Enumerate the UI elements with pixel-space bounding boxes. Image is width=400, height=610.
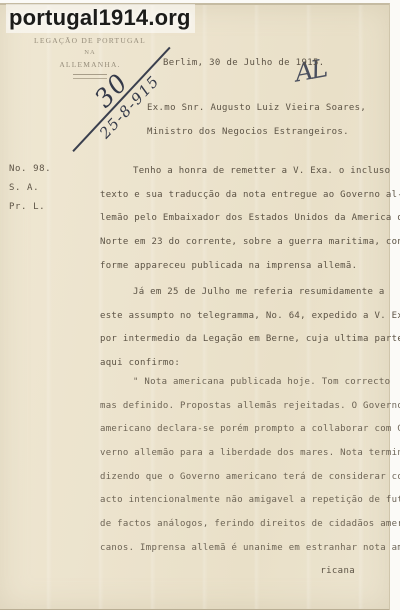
body-line: Tenho a honra de remetter a V. Exa. o in… xyxy=(100,166,396,190)
body-line: de factos análogos, ferindo direitos de … xyxy=(100,519,396,543)
dateline: Berlim, 30 de Julho de 1915. xyxy=(163,58,325,68)
body-line: dizendo que o Governo americano terá de … xyxy=(100,472,396,496)
body-line: verno allemão para a liberdade dos mares… xyxy=(100,448,396,472)
body-line: texto e sua traducção da nota entregue a… xyxy=(100,190,396,214)
scanned-letter-page: portugal1914.org LEGAÇÃO DE PORTUGAL NA … xyxy=(0,0,400,610)
body-line: americano declara-se porém prompto a col… xyxy=(100,424,396,448)
margin-note-sa: S. A. xyxy=(9,183,51,193)
margin-reference-notes: No. 98. S. A. Pr. L. xyxy=(9,164,51,221)
body-line: Norte em 23 do corrente, sobre a guerra … xyxy=(100,237,396,261)
addressee-name: Ex.mo Snr. Augusto Luiz Vieira Soares, xyxy=(147,103,366,113)
letterhead-line2: NA xyxy=(30,49,150,56)
letterhead-line3: ALLEMANHA. xyxy=(30,60,150,69)
body-line: forme appareceu publicada na imprensa al… xyxy=(100,261,396,285)
margin-note-number: No. 98. xyxy=(9,164,51,174)
letterhead: LEGAÇÃO DE PORTUGAL NA ALLEMANHA. xyxy=(30,36,150,79)
body-paragraph-1: Tenho a honra de remetter a V. Exa. o in… xyxy=(100,166,396,284)
body-paragraph-2: Já em 25 de Julho me referia resumidamen… xyxy=(100,287,396,382)
body-line: mas definido. Propostas allemãs rejeitad… xyxy=(100,401,396,425)
catchword: ricana xyxy=(0,566,355,576)
addressee-title: Ministro dos Negocios Estrangeiros. xyxy=(147,127,349,137)
margin-note-prl: Pr. L. xyxy=(9,202,51,212)
body-paragraph-3-quote: " Nota americana publicada hoje. Tom cor… xyxy=(100,377,396,567)
letterhead-divider xyxy=(73,74,107,79)
body-line: por intermedio da Legação em Berne, cuja… xyxy=(100,334,396,358)
body-line: lemão pelo Embaixador dos Estados Unidos… xyxy=(100,213,396,237)
watermark-text: portugal1914.org xyxy=(6,4,195,33)
body-line: este assumpto no telegramma, No. 64, exp… xyxy=(100,311,396,335)
body-line: canos. Imprensa allemã é unanime em estr… xyxy=(100,543,396,567)
body-line: Já em 25 de Julho me referia resumidamen… xyxy=(100,287,396,311)
body-line: acto intencionalmente não amigavel a rep… xyxy=(100,495,396,519)
letterhead-line1: LEGAÇÃO DE PORTUGAL xyxy=(30,36,150,45)
body-line: " Nota americana publicada hoje. Tom cor… xyxy=(100,377,396,401)
